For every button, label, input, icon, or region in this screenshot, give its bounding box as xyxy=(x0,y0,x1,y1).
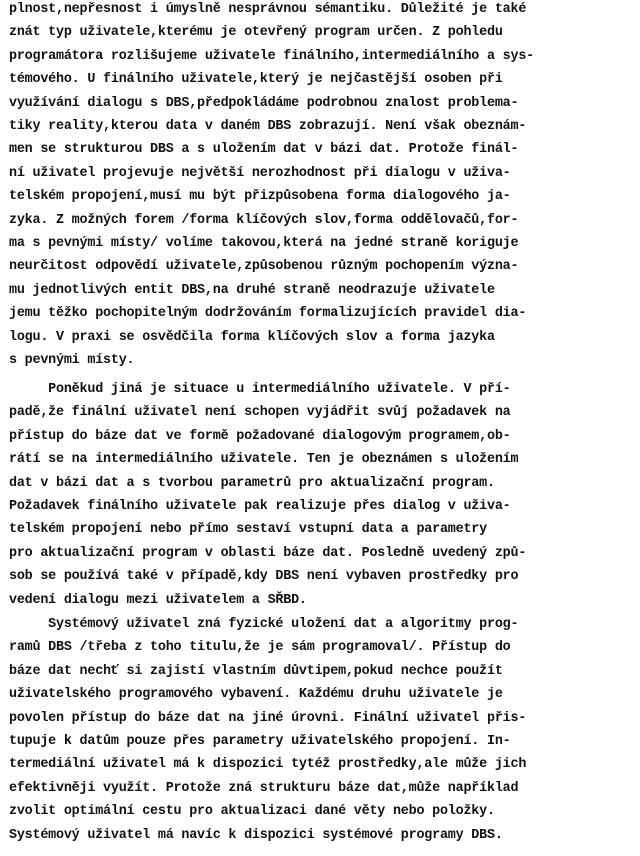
text-line: pro aktualizační program v oblasti báze … xyxy=(9,546,526,562)
text-line: s pevnými místy. xyxy=(9,353,134,369)
text-line: zvolit optimální cestu pro aktualizaci d… xyxy=(9,804,495,820)
text-line: báze dat nechť si zajistí vlastním důvti… xyxy=(9,664,503,680)
text-line: Poněkud jiná je situace u intermediálníh… xyxy=(9,382,510,398)
text-line: telském propojení,musí mu být přizpůsobe… xyxy=(9,189,510,205)
typewritten-page: plnost,nepřesnost i úmyslně nesprávnou s… xyxy=(0,0,640,856)
text-line: znát typ uživatele,kterému je otevřený p… xyxy=(9,25,503,41)
text-line: termediální uživatel má k dispozici tyté… xyxy=(9,757,526,773)
text-line: tupuje k datům pouze přes parametry uživ… xyxy=(9,734,510,750)
text-line: přístup do báze dat ve formě požadované … xyxy=(9,429,510,445)
text-line: men se strukturou DBS a s uložením dat v… xyxy=(9,142,518,158)
text-line: neurčitost odpovědí uživatele,způsobenou… xyxy=(9,259,518,275)
text-line: Systémový uživatel má navíc k dispozici … xyxy=(9,828,503,844)
text-line: telském propojení nebo přímo sestaví vst… xyxy=(9,522,487,538)
text-line: logu. V praxi se osvědčila forma klíčový… xyxy=(9,330,495,346)
text-line: padě,že finální uživatel není schopen vy… xyxy=(9,405,510,421)
text-line: ma s pevnými místy/ volíme takovou,která… xyxy=(9,236,518,252)
text-line: tiky reality,kterou data v daném DBS zob… xyxy=(9,119,526,135)
text-line: ramů DBS /třeba z toho titulu,že je sám … xyxy=(9,640,510,656)
text-line: Systémový uživatel zná fyzické uložení d… xyxy=(9,617,518,633)
text-line: povolen přístup do báze dat na jiné úrov… xyxy=(9,711,526,727)
text-line: Požadavek finálního uživatele pak realiz… xyxy=(9,499,510,515)
text-line: jemu těžko pochopitelným dodržováním for… xyxy=(9,306,526,322)
text-line: sob se používá také v případě,kdy DBS ne… xyxy=(9,569,518,585)
text-line: využívání dialogu s DBS,předpokládáme po… xyxy=(9,96,518,112)
text-line: rátí se na intermediálního uživatele. Te… xyxy=(9,452,518,468)
text-line: mu jednotlivých entit DBS,na druhé stran… xyxy=(9,283,495,299)
text-line: vedení dialogu mezi uživatelem a SŘBD. xyxy=(9,593,307,609)
text-line: efektivněji využít. Protože zná struktur… xyxy=(9,781,518,797)
text-line: uživatelského programového vybavení. Kaž… xyxy=(9,687,503,703)
text-line: programátora rozlišujeme uživatele finál… xyxy=(9,49,534,65)
text-line: zyka. Z možných forem /forma klíčových s… xyxy=(9,213,518,229)
text-line: témového. U finálního uživatele,který je… xyxy=(9,72,503,88)
text-line: ní uživatel projevuje největší nerozhodn… xyxy=(9,166,510,182)
text-line: plnost,nepřesnost i úmyslně nesprávnou s… xyxy=(9,2,526,18)
text-line: dat v bázi dat a s tvorbou parametrů pro… xyxy=(9,476,495,492)
